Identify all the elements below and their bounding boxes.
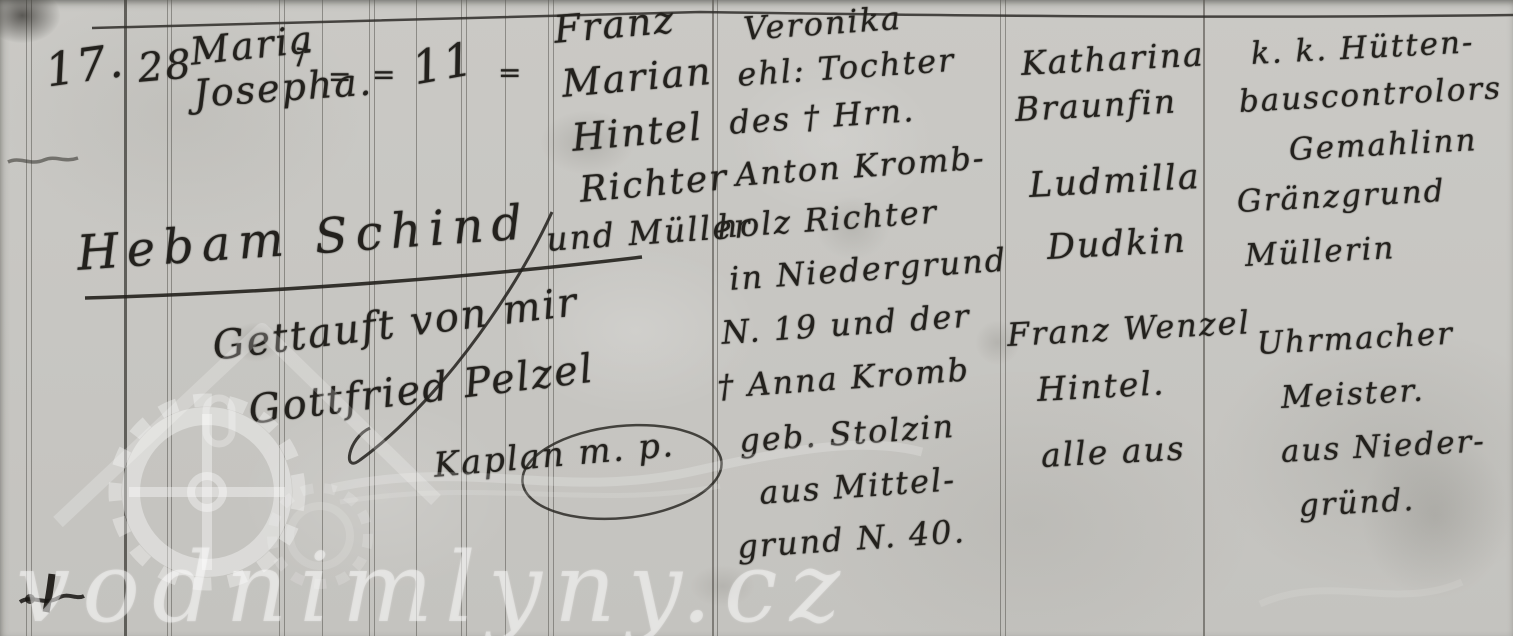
mother-line: N. 19 und der xyxy=(720,297,972,352)
birth-day: 28 xyxy=(136,41,195,92)
occupation-line: Gemahlinn xyxy=(1288,122,1478,168)
godparent-line: Katharina xyxy=(1020,34,1206,83)
ditto-mark: = xyxy=(498,56,523,89)
mother-line: Anton Kromb- xyxy=(734,139,987,194)
mother-line: aus Mittel- xyxy=(758,460,957,512)
occupation-line: Gränzgrund xyxy=(1236,173,1446,220)
mother-line: geb. Stolzin xyxy=(738,407,956,460)
ditto-mark: = xyxy=(328,60,353,93)
mother-line: holz Richter xyxy=(716,193,939,246)
occupation-line: k. k. Hütten- xyxy=(1250,24,1475,72)
watermark-site-text: vodnimlyny.cz xyxy=(16,532,852,636)
baptism-line: Kaplan m. p. xyxy=(432,425,676,486)
tally-mark: 11 xyxy=(408,31,479,95)
godparent-line: Braunfin xyxy=(1014,82,1178,129)
ditto-mark: = xyxy=(372,58,397,91)
corner-blotch xyxy=(0,0,60,43)
godparent-line: Franz Wenzel xyxy=(1006,303,1252,354)
occupation-line: aus Nieder- xyxy=(1280,423,1487,470)
occupation-line: gründ. xyxy=(1298,482,1416,524)
occupation-line: bauscontrolors xyxy=(1238,70,1503,120)
entry-number: 17. xyxy=(42,33,128,97)
occupation-line: Uhrmacher xyxy=(1256,316,1455,362)
godparent-line: Dudkin xyxy=(1046,221,1188,268)
mother-line: des † Hrn. xyxy=(728,91,916,142)
mother-line: Veronika xyxy=(742,0,903,48)
mother-line: † Anna Kromb xyxy=(716,350,971,406)
father-line: Marian xyxy=(560,49,714,106)
register-scan-page: 17. 28 Maria Josepha. † = = 11 = Franz M… xyxy=(0,0,1513,636)
margin-squiggle xyxy=(8,158,78,162)
father-line: Hintel xyxy=(570,105,705,160)
father-line: Richter xyxy=(578,157,730,211)
mother-line: in Niedergrund xyxy=(728,241,1008,298)
godparent-line: Hintel. xyxy=(1036,363,1166,409)
father-line: Franz xyxy=(552,0,677,52)
mother-line: ehl: Tochter xyxy=(736,41,957,94)
occupation-line: Müllerin xyxy=(1244,230,1396,274)
godparent-line: alle aus xyxy=(1040,428,1187,475)
midwife-line: Hebam Schind xyxy=(75,194,532,282)
column-rule xyxy=(1000,0,1001,636)
occupation-line: Meister. xyxy=(1280,372,1426,415)
godparent-line: Ludmilla xyxy=(1028,157,1202,206)
